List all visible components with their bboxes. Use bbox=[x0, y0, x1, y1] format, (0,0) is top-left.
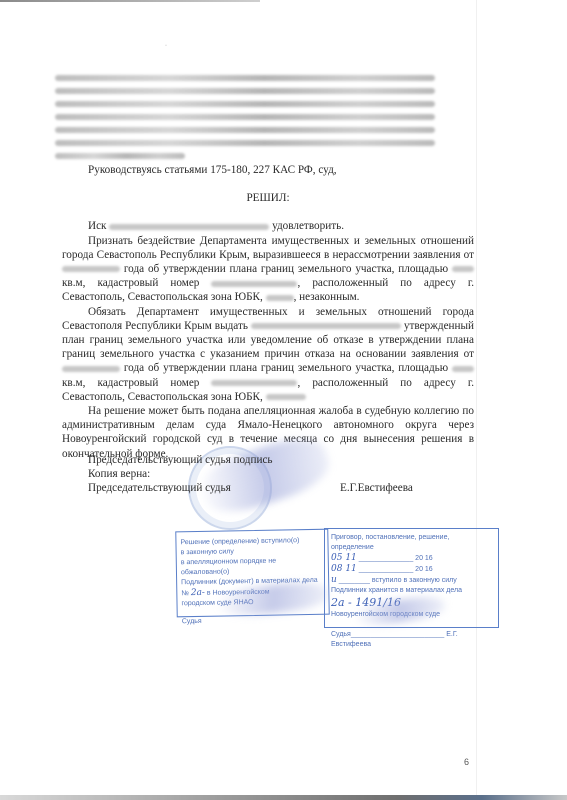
redacted-line bbox=[55, 101, 435, 107]
redacted-line bbox=[55, 153, 185, 159]
copy-certified-label: Копия верна: bbox=[88, 467, 150, 481]
document-body: Руководствуясь статьями 175-180, 227 КАС… bbox=[62, 163, 474, 461]
verdict-heading: РЕШИЛ: bbox=[62, 191, 474, 205]
scan-top-edge bbox=[0, 0, 260, 2]
redacted-cadastral-number bbox=[211, 281, 297, 287]
redacted-address bbox=[266, 394, 306, 400]
page-fold-line bbox=[476, 0, 477, 800]
text: вступило в законную силу bbox=[372, 577, 457, 584]
text: кв.м, кадастровый номер bbox=[62, 377, 199, 389]
handwritten-mark: и bbox=[331, 575, 337, 585]
stamp-line: Судья________________________ Е.Г. Евсти… bbox=[331, 630, 492, 650]
text: Признать бездействие Департамента имущес… bbox=[62, 235, 474, 261]
intro-text: Руководствуясь статьями 175-180, 227 КАС… bbox=[62, 163, 474, 177]
scan-speck: · bbox=[165, 43, 167, 49]
redacted-header bbox=[55, 75, 435, 166]
handwritten-date: 08 11 bbox=[331, 564, 357, 574]
stamp-line: Подлинник хранится в материалах дела bbox=[331, 586, 492, 596]
redacted-name bbox=[109, 224, 269, 230]
paragraph-obligation: Обязать Департамент имущественных и земе… bbox=[62, 305, 474, 404]
presiding-judge-signed: Председательствующий судья подпись bbox=[88, 453, 273, 467]
handwritten-case-number: 2а- bbox=[191, 588, 205, 598]
redacted-cadastral-number bbox=[211, 380, 297, 386]
text: 20 16 bbox=[415, 555, 433, 562]
redacted-name bbox=[251, 323, 401, 329]
stamp-line: Судья bbox=[182, 615, 325, 627]
stamp-line: 05 11 ______________ 20 16 bbox=[331, 553, 492, 564]
handwritten-date: 05 11 bbox=[331, 553, 357, 563]
redacted-area bbox=[452, 366, 474, 372]
redacted-date bbox=[62, 266, 120, 272]
text: № bbox=[181, 590, 189, 597]
page-number: 6 bbox=[464, 757, 469, 767]
stamp-line: и ________ вступило в законную силу bbox=[331, 575, 492, 586]
presiding-judge-label: Председательствующий судья bbox=[88, 481, 231, 495]
text: кв.м, кадастровый номер bbox=[62, 277, 199, 289]
text: года об утверждении плана границ земельн… bbox=[124, 263, 448, 275]
text: года об утверждении плана границ земельн… bbox=[124, 362, 448, 374]
stamp-line: в апелляционном порядке не обжаловано(о) bbox=[181, 556, 324, 578]
redacted-area bbox=[452, 266, 474, 272]
text: Судья bbox=[331, 631, 351, 638]
redacted-line bbox=[55, 114, 435, 120]
redacted-line bbox=[55, 75, 435, 81]
text: Иск bbox=[88, 220, 106, 232]
redacted-date bbox=[62, 366, 120, 372]
redacted-line bbox=[55, 88, 435, 94]
text: 20 16 bbox=[415, 566, 433, 573]
scan-bottom-edge bbox=[0, 795, 567, 800]
paragraph-inaction: Признать бездействие Департамента имущес… bbox=[62, 234, 474, 305]
stamp-line: 08 11 ______________ 20 16 bbox=[331, 564, 492, 575]
stamp-line: Приговор, постановление, решение, опреде… bbox=[331, 533, 492, 553]
redacted-line bbox=[55, 127, 435, 133]
judge-name: Е.Г.Евстифеева bbox=[340, 481, 413, 495]
redacted-address bbox=[266, 295, 294, 301]
text: удовлетворить. bbox=[272, 220, 344, 232]
paragraph-claim: Иск удовлетворить. bbox=[62, 219, 474, 233]
redacted-line bbox=[55, 140, 435, 146]
text: , незаконным. bbox=[294, 291, 360, 303]
